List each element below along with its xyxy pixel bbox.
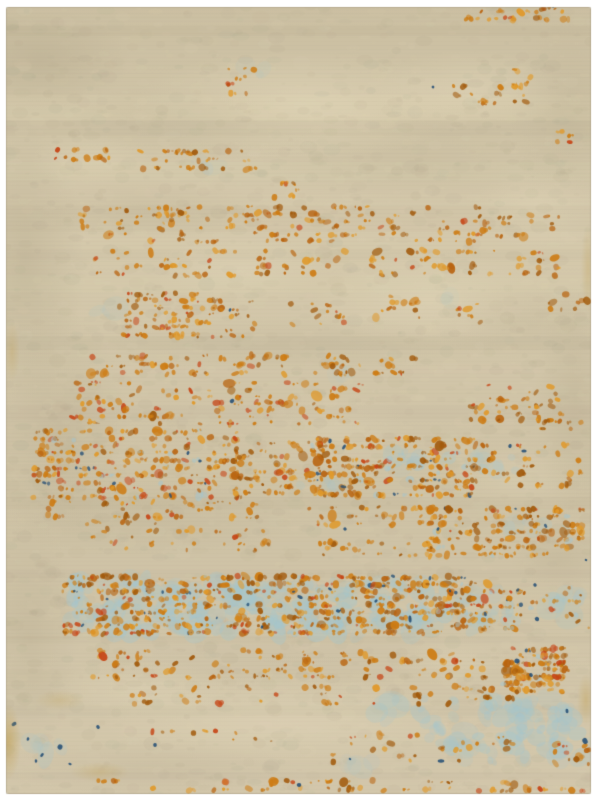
photo-stage	[0, 0, 600, 800]
rug-photo	[0, 0, 600, 800]
